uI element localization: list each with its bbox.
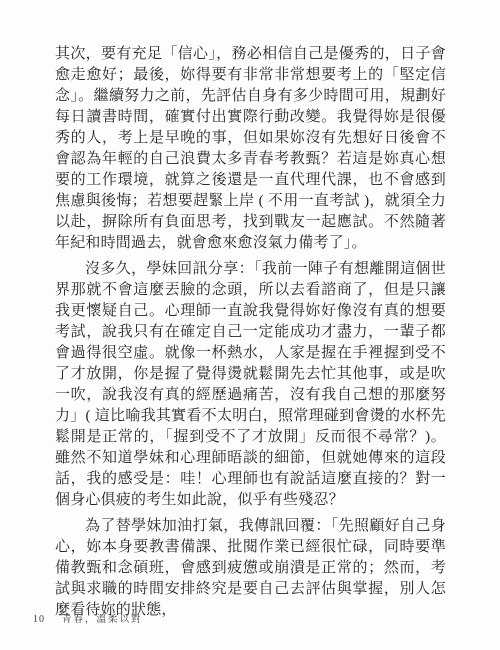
page-number: 10 — [33, 614, 45, 625]
book-page: 其次，要有充足「信心」，務必相信自己是優秀的，日子會愈走愈好；最後，妳得要有非常… — [0, 0, 500, 650]
body-paragraph-2: 沒多久，學妹回訊分享：「我前一陣子有想離開這個世界那就不會這麼丟臉的念頭，所以去… — [55, 259, 446, 511]
body-paragraph-3: 為了替學妹加油打氣，我傳訊回覆：「先照顧好自己身心，妳本身要教書備課、批閱作業已… — [55, 516, 446, 621]
page-footer: 10 青春，溫柔以對 — [33, 609, 143, 627]
body-paragraph-1: 其次，要有充足「信心」，務必相信自己是優秀的，日子會愈走愈好；最後，妳得要有非常… — [55, 44, 446, 254]
page-body: 其次，要有充足「信心」，務必相信自己是優秀的，日子會愈走愈好；最後，妳得要有非常… — [55, 44, 446, 626]
book-title: 青春，溫柔以對 — [62, 611, 143, 625]
